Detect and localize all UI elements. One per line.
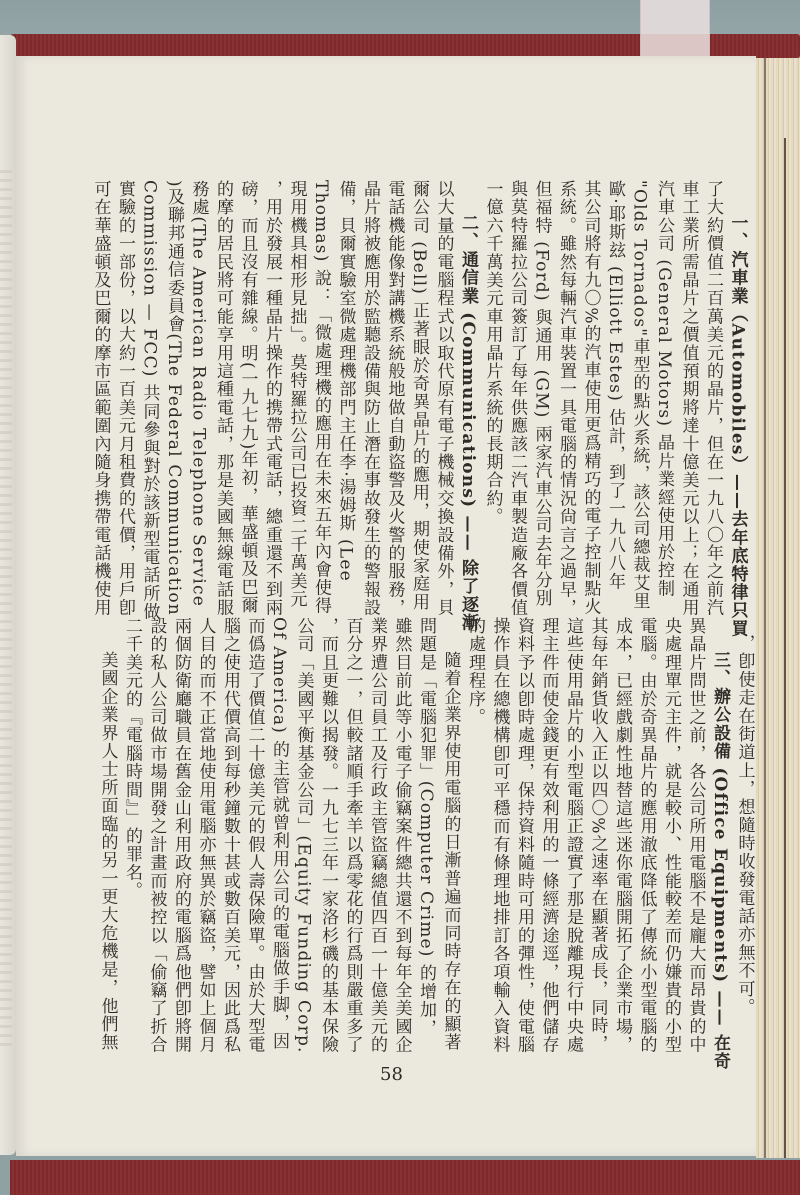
text-column: 電話機能像對講機系統般地做自動盜警及火警的服務， xyxy=(382,180,407,560)
text-column: 以大量的電腦程式以取代原有電子機械交換設備外，貝 xyxy=(431,180,456,560)
text-column: 業界遭公司員工及行政主管盜竊總值四百一十億美元的 xyxy=(365,617,390,1037)
text-column: 二千美元的『電腦時間』」的罪名。 xyxy=(120,617,145,1037)
section-heading-communications: 二、通信業 (Communications) —— 除了逐漸 xyxy=(456,180,481,594)
text-column: 系統。雖然每輛汽車裝置一具電腦的情況尙言之過早， xyxy=(554,180,579,560)
left-page-text-fragments xyxy=(0,170,12,1050)
text-column: Commission — FCC) 共同參與對於該新型電話所做 xyxy=(137,180,162,560)
text-column: 現用機具相形見拙」。莫特羅拉公司已投資二千萬美元 xyxy=(284,180,309,560)
text-column: 爾公司 (Bell) 正著眼於奇異晶片的應用，期使家庭用 xyxy=(407,180,432,560)
text-column: ，用於發展一種晶片操作的携帶式電話，總重還不到兩 xyxy=(260,180,285,560)
text-column: 資料予以卽時處理，保持資料隨時可用的彈性，使電腦 xyxy=(512,617,537,1037)
text-column: 而僞造了價值二十億美元的假人壽保險單。由於大型電 xyxy=(242,617,267,1037)
text-column: 人目的而不正當地使用電腦亦無異於竊盜，譬如上個月 xyxy=(193,617,218,1037)
adhesive-tape-tab xyxy=(640,0,710,58)
paragraph-start-bigger-crisis: 美國企業界人士所面臨的另一更大危機是，他們無 xyxy=(95,617,120,1071)
text-column: 異晶片問世之前，各公司所用電腦不是龐大而昂貴的中 xyxy=(683,617,708,1037)
text-column: "Olds Tornados"車型的點火系統，該公司總裁艾里 xyxy=(627,180,652,560)
text-column: Thomas) 說：「微處理機的應用在未來五年內會使得 xyxy=(309,180,334,560)
text-column: 公司「美國平衡基金公司」(Equity Funding Corp. xyxy=(291,617,316,1037)
page-stack-shadow-line xyxy=(784,138,786,1158)
text-column: 晶片將被應用於監聽設備與防止潛在事故發生的警報設 xyxy=(358,180,383,560)
book-cover-binding-bottom xyxy=(10,1160,800,1195)
text-column: 成本，已經戲劇性地替這些迷你電腦開拓了企業市場， xyxy=(610,617,635,1037)
paragraph-start-computer-crime: 隨着企業界使用電腦的日漸普遍而同時存在的顯著 xyxy=(438,617,463,1071)
text-block-top: 一、汽車業（Automobiles）——去年底特律只買 了大約價值二百萬美元的晶… xyxy=(88,180,750,560)
text-column: 腦之使用代價高到每秒鐘數十甚或數百美元，因此爲私 xyxy=(218,617,243,1037)
text-column: 兩個防衛廳職員在舊金山利用政府的電腦爲他們卽將開 xyxy=(169,617,194,1037)
text-column: 了大約價值二百萬美元的晶片，但在一九八〇年之前汽 xyxy=(701,180,726,560)
text-column: 的處理程序。 xyxy=(463,617,488,1037)
text-column: 一億六千萬美元車用晶片系統的長期合約。 xyxy=(480,180,505,560)
text-column: ，卽使走在街道上，想隨時收發電話亦無不可。 xyxy=(732,617,757,1054)
text-column: 與莫特羅拉公司簽訂了每年供應該二汽車製造廠各價值 xyxy=(505,180,530,560)
text-column: 操作員在總機構卽可平穩而有條理地排訂各項輸入資料 xyxy=(487,617,512,1037)
text-column: 雖然目前此等小電子偷竊案件總共還不到每年全美國企 xyxy=(389,617,414,1037)
text-column: 電腦。由於奇異晶片的應用澈底降低了傳統小型電腦的 xyxy=(634,617,659,1037)
text-column: 理主件而使金錢更有效利用的一條經濟途逕，他們儲存 xyxy=(536,617,561,1037)
text-column: 磅，而且沒有雜線。明(一九七九)年初，華盛頓及巴爾 xyxy=(235,180,260,560)
text-block-bottom: ，卽使走在街道上，想隨時收發電話亦無不可。 三、辦公設備 (Office Equ… xyxy=(95,617,757,1037)
page-stack-edge xyxy=(756,58,800,1158)
text-column: 設的私人公司做市場開發之計畫而被控以「偷竊了折合 xyxy=(144,617,169,1037)
text-column: 歐·耶斯玆 (Elliott Estes) 估計，到了一九八八年 xyxy=(603,180,628,560)
text-column: ，而且更難以揭發。一九七三年一家洛杉磯的基本保險 xyxy=(316,617,341,1037)
text-column: 務處(The American Radio Telephone Service xyxy=(186,180,211,560)
text-column: 備，貝爾實驗室微處理機部門主任李·湯姆斯 (Lee xyxy=(333,180,358,560)
text-column: 這些使用晶片的小型電腦正證實了那是脫離現行中央處 xyxy=(561,617,586,1037)
text-column: 但福特 (Ford) 與通用 (GM) 兩家汽車公司去年分別 xyxy=(529,180,554,560)
page-number: 58 xyxy=(380,1064,403,1085)
text-column: 央處理單元主件，就是較小、性能較差而仍嫌貴的小型 xyxy=(659,617,684,1037)
text-column: 問題是「電腦犯罪」(Computer Crime) 的增加， xyxy=(414,617,439,1037)
text-column: 可在華盛頓及巴爾的摩市區範圍內隨身携帶電話機使用 xyxy=(88,180,113,560)
section-heading-automobiles: 一、汽車業（Automobiles）——去年底特律只買 xyxy=(725,180,750,594)
text-column: 的摩的居民將可能享用這種電話，那是美國無線電話服 xyxy=(211,180,236,560)
text-column: 百分之一，但較諸順手牽羊以爲零花的行爲則嚴重多了 xyxy=(340,617,365,1037)
text-column: 實驗的一部份，以大約一百美元月租費的代價，用戶卽 xyxy=(113,180,138,560)
text-column: 汽車公司 (General Motors) 晶片業經使用於控制 xyxy=(652,180,677,560)
text-column: 其每年銷貨收入正以四〇%之速率在顯著成長，同時， xyxy=(585,617,610,1037)
page-stack-shadow-line xyxy=(764,58,766,1158)
text-column: Of America) 的主管就曾利用公司的電腦做手脚，因 xyxy=(267,617,292,1037)
section-heading-office-equipments: 三、辦公設備 (Office Equipments) —— 在奇 xyxy=(708,617,733,1071)
text-column: )及聯邦通信委員會(The Federal Communication xyxy=(162,180,187,560)
text-column: 其公司將有九〇%的汽車使用更爲精巧的電子控制點火 xyxy=(578,180,603,560)
text-column: 車工業所需晶片之價值預期將達十億美元以上；在通用 xyxy=(676,180,701,560)
